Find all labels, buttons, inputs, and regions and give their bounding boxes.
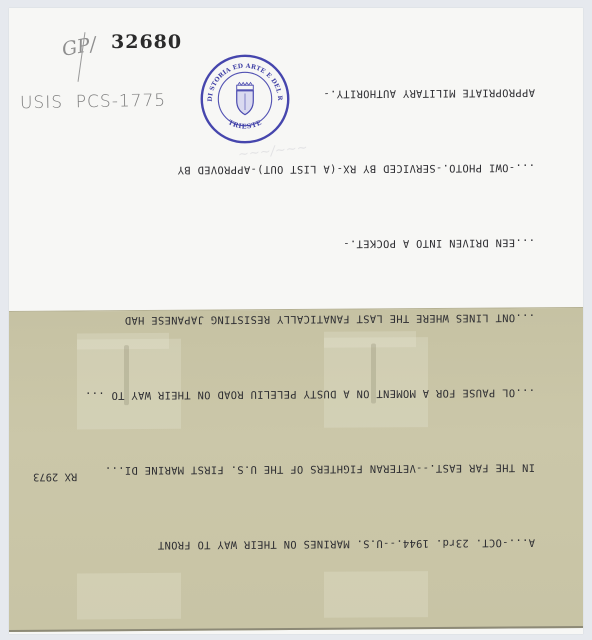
caption-line: A...-OCT. 23rd. 1944.--U.S. MARINES ON T…: [35, 529, 535, 557]
caption-strip: A...-OCT. 23rd. 1944.--U.S. MARINES ON T…: [9, 308, 583, 632]
caption-line: ...ONT LINES WHERE THE LAST FANATICALLY …: [35, 304, 535, 332]
caption-line: ...-OWI PHOTO.-SERVICED BY RX-(A LIST OU…: [35, 154, 535, 182]
caption-code: RX 2973: [33, 471, 77, 483]
caption-line: ...OL PAUSE FOR A MOMENT ON A DUSTY PELE…: [35, 379, 535, 407]
caption-line: ...EEN DRIVEN INTO A POCKET.-: [35, 229, 535, 257]
caption-lines: A...-OCT. 23rd. 1944.--U.S. MARINES ON T…: [35, 29, 535, 607]
caption-line: APPROPRIATE MILITARY AUTHORITY.-: [35, 79, 535, 107]
typewritten-caption: A...-OCT. 23rd. 1944.--U.S. MARINES ON T…: [9, 308, 583, 630]
caption-line: IN THE FAR EAST.--VETERAN FIGHTERS OF TH…: [35, 454, 535, 482]
